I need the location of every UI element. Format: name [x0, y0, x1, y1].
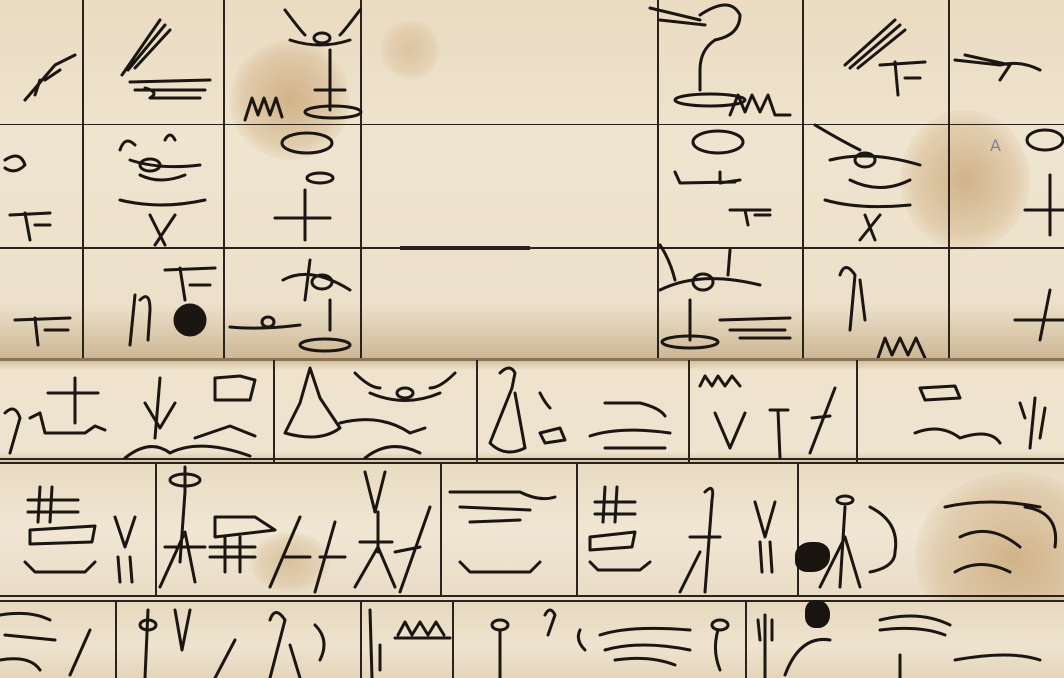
manuscript-photo: A	[0, 0, 1064, 678]
bottom-leaf	[0, 600, 1064, 678]
pictograph-ink	[0, 600, 1064, 678]
pictograph-ink	[0, 0, 1064, 358]
middle-leaf	[0, 358, 1064, 462]
hash-glyph-icon	[28, 487, 78, 522]
ink-blot	[795, 542, 830, 572]
arrow-glyph-icon	[25, 55, 75, 100]
pictograph-ink	[0, 462, 1064, 600]
fork-glyph-icon	[10, 213, 50, 240]
top-leaf: A	[0, 0, 1064, 358]
pictograph-ink	[0, 358, 1064, 462]
lower-leaf	[0, 462, 1064, 600]
pencil-letter-mark: A	[990, 138, 1001, 154]
